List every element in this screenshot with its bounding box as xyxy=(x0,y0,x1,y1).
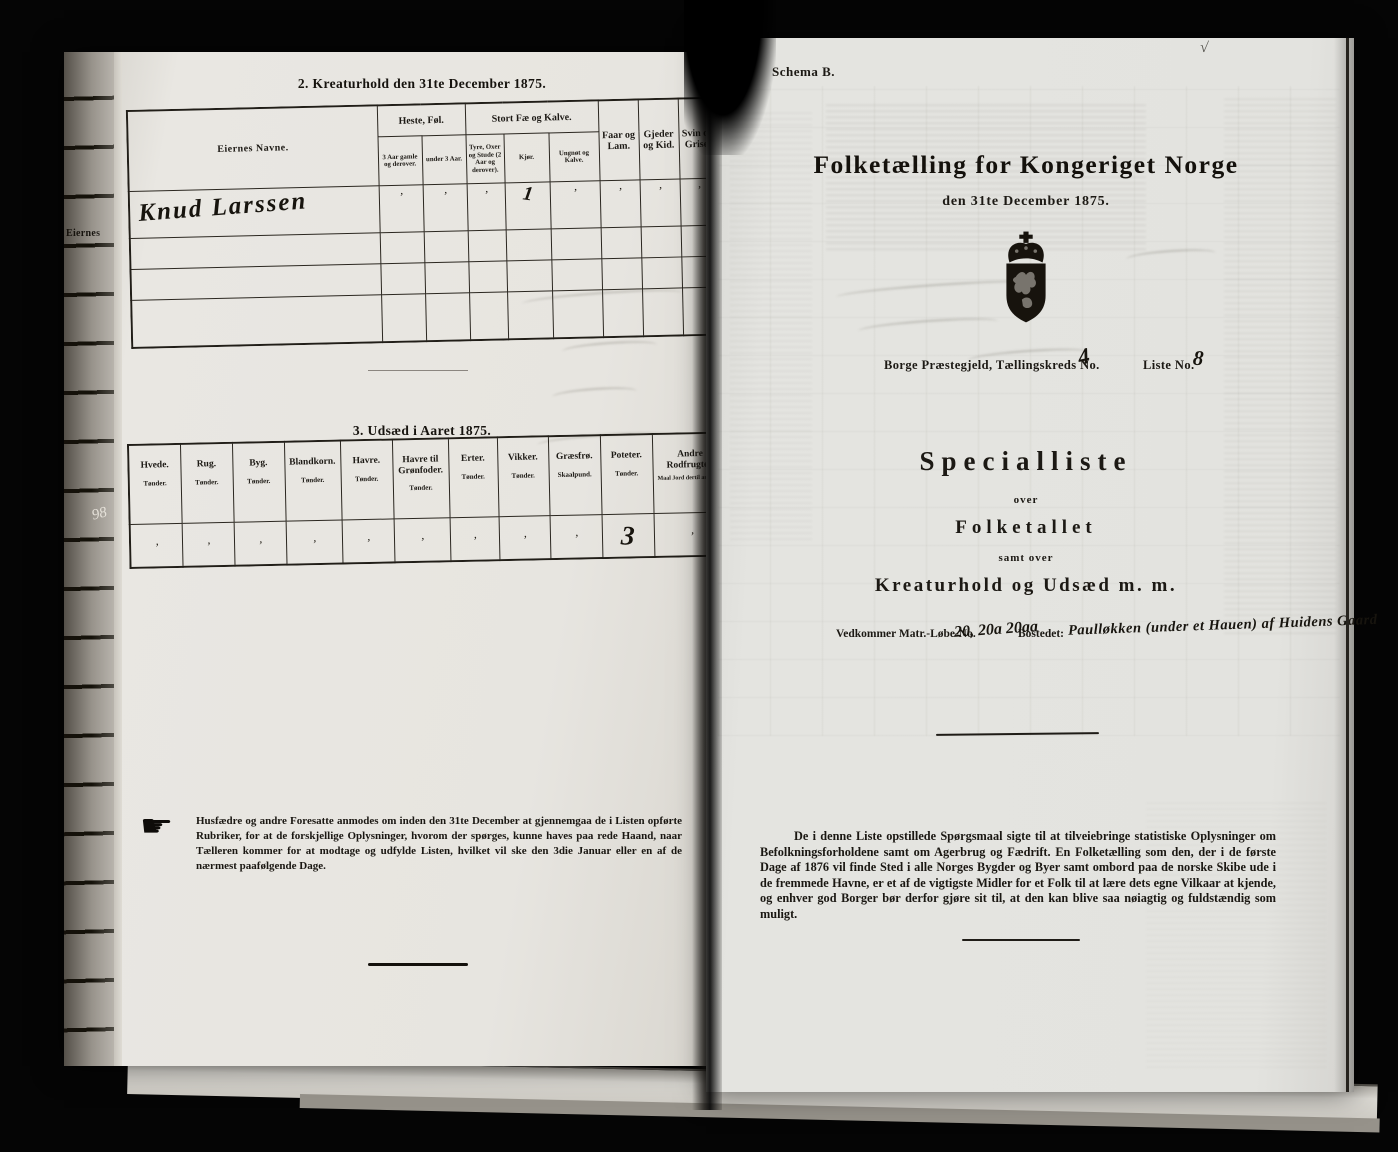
colgroup-heste: Heste, Føl. xyxy=(377,103,466,136)
footnote-text: Husfædre og andre Foresatte anmodes om i… xyxy=(196,814,682,874)
underlying-page-edge: Eiernes xyxy=(64,52,114,1066)
col-byg: Byg.Tønder. xyxy=(232,442,286,523)
margin-fragment-text: Eiernes xyxy=(66,228,106,239)
heading-folketallet: Folketallet xyxy=(756,517,1296,539)
subcol-tyre: Tyre, Oxer og Stude (2 Aar og derover). xyxy=(465,134,504,184)
heading-main: Specialliste xyxy=(756,446,1296,477)
col-havre: Havre.Tønder. xyxy=(340,439,394,520)
bosted-printed-label: Bostedet: xyxy=(1018,628,1064,640)
cell-value: ’ xyxy=(182,522,235,567)
subcol-heste-old: 3 Aar gamle og derover. xyxy=(378,136,423,186)
col-hvede: Hvede.Tønder. xyxy=(128,444,182,525)
scan-canvas: Eiernes 98 2. Kreaturhold den 31te Decem… xyxy=(0,0,1398,1152)
seed-table: Hvede.Tønder. Rug.Tønder. Byg.Tønder. Bl… xyxy=(127,432,715,569)
left-page: Eiernes 98 2. Kreaturhold den 31te Decem… xyxy=(64,52,712,1066)
cell-value: ’ xyxy=(550,181,601,229)
heading-samt-over: samt over xyxy=(756,552,1296,564)
census-title: Folketælling for Kongeriget Norge xyxy=(756,150,1296,180)
left-page-content: 2. Kreaturhold den 31te December 1875. E… xyxy=(122,52,712,1066)
pencil-line xyxy=(368,370,468,371)
ink-bleed-scribble xyxy=(858,315,998,337)
owner-name-cell: Knud Larssen xyxy=(129,186,380,239)
instruction-paragraph: De i denne Liste opstillede Spørgsmaal s… xyxy=(760,829,1276,923)
col-gjeder: Gjeder og Kid. xyxy=(638,99,680,180)
right-page: Schema B. √ Folketælling for Kongeriget … xyxy=(706,38,1354,1092)
page-edge-line xyxy=(1346,38,1349,1092)
subcol-ungnot: Ungnøt og Kalve. xyxy=(548,132,599,182)
handdrawn-line xyxy=(936,732,1099,736)
col-vikker: Vikker.Tønder. xyxy=(497,436,550,517)
col-poteter: Poteter.Tønder. xyxy=(600,434,654,515)
col-graesfro: Græsfrø.Skaalpund. xyxy=(548,435,602,516)
checkmark: √ xyxy=(1199,40,1209,58)
cell-value: ’ xyxy=(286,520,343,565)
page-edge-shade xyxy=(1334,38,1354,1092)
cell-value: ’ xyxy=(640,179,681,227)
col-faar: Faar og Lam. xyxy=(598,99,640,180)
cell-value: ’ xyxy=(342,519,395,564)
page-edge-highlight xyxy=(114,52,122,1066)
ink-bleed-scribble xyxy=(552,385,638,403)
cell-value: ’ xyxy=(379,185,424,233)
binding-gutter-shadow xyxy=(692,0,722,1110)
cell-value: ’ xyxy=(423,184,468,232)
col-blandkorn: Blandkorn.Tønder. xyxy=(284,441,342,522)
handwritten-bosted: Paulløkken (under et Hauen) af Huidens G… xyxy=(1068,613,1338,639)
manicule-icon: ☛ xyxy=(140,814,203,874)
cell-value: ’ xyxy=(600,180,641,228)
cell-value: ’ xyxy=(450,517,500,562)
col-owner-header: Eiernes Navne. xyxy=(127,105,379,191)
cell-value-poteter: 3 xyxy=(602,513,655,558)
liste-printed-text: Liste No. xyxy=(1143,358,1195,373)
colgroup-stortfae: Stort Fæ og Kalve. xyxy=(465,100,599,135)
cell-value: ’ xyxy=(234,521,287,566)
cell-value: ’ xyxy=(467,183,506,231)
handwritten-liste-no: 8 xyxy=(1192,346,1204,372)
heading-kreaturhold: Kreaturhold og Udsæd m. m. xyxy=(756,575,1296,597)
heading-over: over xyxy=(756,494,1296,506)
col-rug: Rug.Tønder. xyxy=(180,443,234,524)
cell-value: ’ xyxy=(499,516,551,561)
binding-gutter-top-shadow xyxy=(684,0,776,155)
handwritten-owner-name: Knud Larssen xyxy=(129,187,308,228)
livestock-table-wrap: Eiernes Navne. Heste, Føl. Stort Fæ og K… xyxy=(126,97,717,349)
livestock-table-title: 2. Kreaturhold den 31te December 1875. xyxy=(162,76,682,92)
cell-value: ’ xyxy=(130,523,183,568)
subcol-kjor: Kjør. xyxy=(503,133,549,183)
seed-table-wrap: Hvede.Tønder. Rug.Tønder. Byg.Tønder. Bl… xyxy=(127,432,715,569)
livestock-table: Eiernes Navne. Heste, Føl. Stort Fæ og K… xyxy=(126,97,717,349)
coat-of-arms xyxy=(993,231,1059,327)
cell-value: ’ xyxy=(550,515,603,560)
cell-value-cows: 1 xyxy=(505,182,551,230)
specialliste-heading: Specialliste over Folketallet samt over … xyxy=(756,446,1296,597)
col-erter: Erter.Tønder. xyxy=(448,437,499,518)
col-havre-gronfoder: Havre til Grønfoder.Tønder. xyxy=(392,438,450,519)
ink-bleed-scribble xyxy=(1126,247,1217,265)
handdrawn-line xyxy=(368,963,468,966)
schema-label: Schema B. xyxy=(772,64,835,80)
district-printed-text: Borge Præstegjeld, Tællingskreds No. xyxy=(884,358,1100,373)
ink-bleed-scribble xyxy=(562,339,658,358)
cell-value: ’ xyxy=(394,518,451,563)
subcol-heste-young: under 3 Aar. xyxy=(421,135,466,185)
handdrawn-line xyxy=(962,939,1080,941)
footnote: ☛ Husfædre og andre Foresatte anmodes om… xyxy=(146,814,702,874)
census-subtitle: den 31te December 1875. xyxy=(756,194,1296,210)
